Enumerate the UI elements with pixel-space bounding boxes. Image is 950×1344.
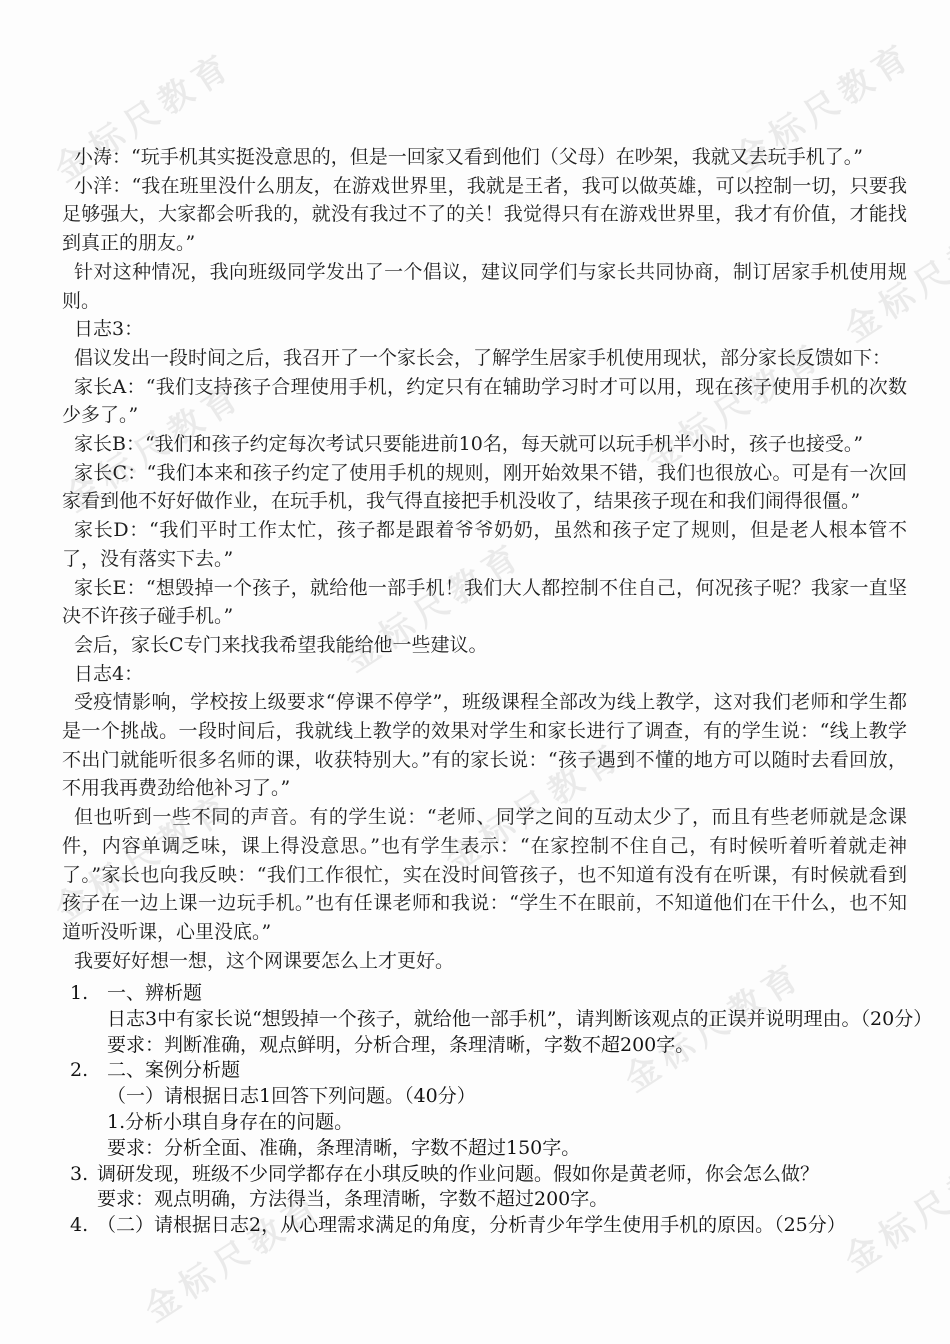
question-line: 要求：判断准确，观点鲜明，分析合理，条理清晰，字数不超200字。 — [107, 1033, 908, 1059]
paragraph-parent-b: 家长B：“我们和孩子约定每次考试只要能进前10名，每天就可以玩手机半小时，孩子也… — [62, 430, 907, 459]
document-page: 金标尺教育 金标尺教育 金标尺教育 金标尺教育 金标尺教育 金标尺教育 金标尺教… — [0, 0, 950, 1344]
paragraph-xiaotao: 小涛：“玩手机其实挺没意思的，但是一回家又看到他们（父母）在吵架，我就又去玩手机… — [62, 143, 907, 172]
paragraph-reflection: 我要好好想一想，这个网课要怎么上才更好。 — [62, 947, 907, 976]
question-line: 调研发现，班级不少同学都存在小琪反映的作业问题。假如你是黄老师，你会怎么做？ — [97, 1162, 908, 1188]
paragraph-other-voices: 但也听到一些不同的声音。有的学生说：“老师、同学之间的互动太少了，而且有些老师就… — [62, 803, 907, 947]
paragraph-parent-c: 家长C：“我们本来和孩子约定了使用手机的规则，刚开始效果不错，我们也很放心。可是… — [62, 459, 907, 516]
question-line: 日志3中有家长说“想毁掉一个孩子，就给他一部手机”，请判断该观点的正误并说明理由… — [107, 1007, 908, 1033]
question-line: （二）请根据日志2，从心理需求满足的角度，分析青少年学生使用手机的原因。（25分… — [97, 1213, 908, 1239]
question-item-2: 2. 二、案例分析题 （一）请根据日志1回答下列问题。（40分） 1.分析小琪自… — [70, 1058, 908, 1161]
paragraph-online-class: 受疫情影响，学校按上级要求“停课不停学”，班级课程全部改为线上教学，这对我们老师… — [62, 688, 907, 803]
paragraph-after-meeting: 会后，家长C专门来找我希望我能给他一些建议。 — [62, 631, 907, 660]
question-item-1: 1. 一、辨析题 日志3中有家长说“想毁掉一个孩子，就给他一部手机”，请判断该观… — [70, 981, 908, 1058]
question-item-4: 4. （二）请根据日志2，从心理需求满足的角度，分析青少年学生使用手机的原因。（… — [70, 1213, 908, 1239]
paragraph-parent-d: 家长D：“我们平时工作太忙，孩子都是跟着爷爷奶奶，虽然和孩子定了规则，但是老人根… — [62, 516, 907, 573]
diary-heading-4: 日志4： — [62, 660, 907, 689]
question-number: 1. — [70, 981, 88, 1007]
paragraph-xiaoyang: 小洋：“我在班里没什么朋友，在游戏世界里，我就是王者，我可以做英雄，可以控制一切… — [62, 172, 907, 258]
question-line: 要求：分析全面、准确，条理清晰，字数不超过150字。 — [107, 1136, 908, 1162]
question-line: 1.分析小琪自身存在的问题。 — [107, 1110, 908, 1136]
question-list: 1. 一、辨析题 日志3中有家长说“想毁掉一个孩子，就给他一部手机”，请判断该观… — [70, 981, 908, 1239]
question-line: 二、案例分析题 — [107, 1058, 908, 1084]
paragraph-parent-e: 家长E：“想毁掉一个孩子，就给他一部手机！我们大人都控制不住自己，何况孩子呢？我… — [62, 574, 907, 631]
question-line: （一）请根据日志1回答下列问题。（40分） — [107, 1084, 908, 1110]
question-number: 2. — [70, 1058, 88, 1084]
diary-text: 小涛：“玩手机其实挺没意思的，但是一回家又看到他们（父母）在吵架，我就又去玩手机… — [62, 143, 907, 975]
paragraph-meeting: 倡议发出一段时间之后，我召开了一个家长会，了解学生居家手机使用现状，部分家长反馈… — [62, 344, 907, 373]
question-line: 要求：观点明确，方法得当，条理清晰，字数不超过200字。 — [97, 1187, 908, 1213]
paragraph-parent-a: 家长A：“我们支持孩子合理使用手机，约定只有在辅助学习时才可以用，现在孩子使用手… — [62, 373, 907, 430]
paragraph-initiative: 针对这种情况，我向班级同学发出了一个倡议，建议同学们与家长共同协商，制订居家手机… — [62, 258, 907, 315]
diary-heading-3: 日志3： — [62, 315, 907, 344]
question-line: 一、辨析题 — [107, 981, 908, 1007]
question-number: 4. — [70, 1213, 88, 1239]
question-number: 3. — [70, 1162, 88, 1188]
question-item-3: 3. 调研发现，班级不少同学都存在小琪反映的作业问题。假如你是黄老师，你会怎么做… — [70, 1162, 908, 1214]
